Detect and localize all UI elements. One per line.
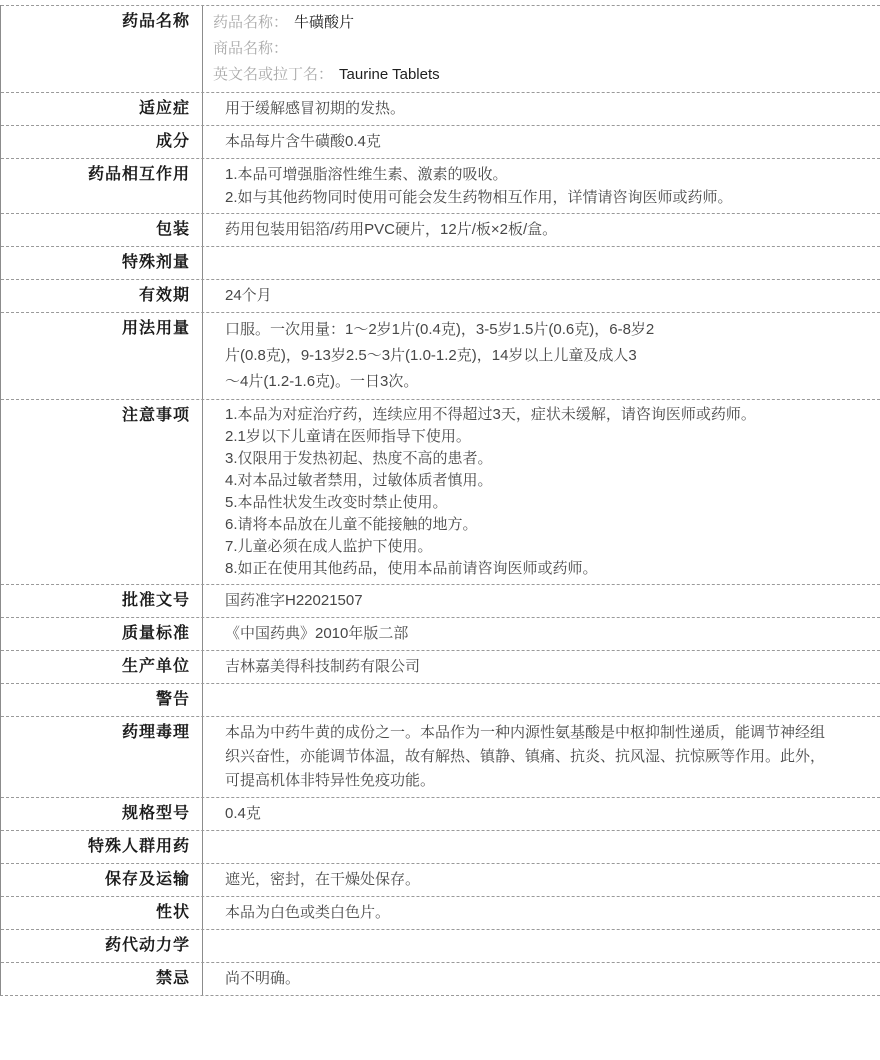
field-key: 药品名称： (213, 14, 288, 31)
row-content (203, 930, 880, 962)
row-content: 1.本品为对症治疗药，连续应用不得超过3天，症状未缓解，请咨询医师或药师。2.1… (203, 400, 880, 584)
content-line: 7.儿童必须在成人监护下使用。 (225, 536, 870, 558)
row-content: 吉林嘉美得科技制药有限公司 (203, 651, 880, 683)
row-content (203, 684, 880, 716)
content-line: 本品为中药牛黄的成份之一。本品作为一种内源性氨基酸是中枢抑制性递质，能调节神经组 (225, 721, 870, 745)
content-line: 药用包装用铝箔/药用PVC硬片，12片/板×2板/盒。 (225, 218, 870, 241)
row-content: 本品为白色或类白色片。 (203, 897, 880, 929)
content-line: 5.本品性状发生改变时禁止使用。 (225, 492, 870, 514)
content-line: 吉林嘉美得科技制药有限公司 (225, 655, 870, 678)
row-label: 特殊剂量 (1, 247, 203, 279)
content-line: 1.本品可增强脂溶性维生素、激素的吸收。 (225, 163, 870, 186)
row-label: 警告 (1, 684, 203, 716)
content-line: 24个月 (225, 284, 870, 307)
row-label: 适应症 (1, 93, 203, 125)
row-content: 24个月 (203, 280, 880, 312)
table-row-10: 批准文号 国药准字H22021507 (1, 584, 880, 617)
field-line: 商品名称： (213, 36, 870, 62)
table-row-12: 生产单位 吉林嘉美得科技制药有限公司 (1, 650, 880, 683)
content-line: 4.对本品过敏者禁用，过敏体质者慎用。 (225, 470, 870, 492)
table-row-16: 特殊人群用药 (1, 830, 880, 863)
table-row-13: 警告 (1, 683, 880, 716)
field-line: 英文名或拉丁名：Taurine Tablets (213, 62, 870, 88)
row-content: 0.4克 (203, 798, 880, 830)
field-line: 药品名称：牛磺酸片 (213, 10, 870, 36)
row-label: 规格型号 (1, 798, 203, 830)
content-line: ～4片(1.2-1.6克)。一日3次。 (225, 369, 870, 395)
content-line: 尚不明确。 (225, 967, 870, 990)
table-row-7: 有效期 24个月 (1, 279, 880, 312)
row-label: 用法用量 (1, 313, 203, 399)
content-line: 0.4克 (225, 802, 870, 825)
row-content: 遮光，密封，在干燥处保存。 (203, 864, 880, 896)
row-label: 批准文号 (1, 585, 203, 617)
table-row-11: 质量标准 《中国药典》2010年版二部 (1, 617, 880, 650)
row-label: 药品名称 (1, 6, 203, 92)
row-content: 尚不明确。 (203, 963, 880, 995)
drug-info-table: 药品名称 药品名称：牛磺酸片商品名称：英文名或拉丁名：Taurine Table… (0, 5, 880, 996)
row-label: 药品相互作用 (1, 159, 203, 213)
field-value: 牛磺酸片 (294, 14, 354, 31)
row-content (203, 831, 880, 863)
table-row-20: 禁忌 尚不明确。 (1, 962, 880, 995)
content-line: 口服。一次用量：1～2岁1片(0.4克)，3-5岁1.5片(0.6克)，6-8岁… (225, 317, 870, 343)
row-label: 禁忌 (1, 963, 203, 995)
row-label: 质量标准 (1, 618, 203, 650)
content-line: 8.如正在使用其他药品，使用本品前请咨询医师或药师。 (225, 558, 870, 580)
row-content (203, 247, 880, 279)
table-row-8: 用法用量 口服。一次用量：1～2岁1片(0.4克)，3-5岁1.5片(0.6克)… (1, 312, 880, 399)
table-row-15: 规格型号 0.4克 (1, 797, 880, 830)
row-label: 性状 (1, 897, 203, 929)
row-content: 本品为中药牛黄的成份之一。本品作为一种内源性氨基酸是中枢抑制性递质，能调节神经组… (203, 717, 880, 797)
table-row-3: 成分 本品每片含牛磺酸0.4克 (1, 125, 880, 158)
row-label: 成分 (1, 126, 203, 158)
content-line: 1.本品为对症治疗药，连续应用不得超过3天，症状未缓解，请咨询医师或药师。 (225, 404, 870, 426)
table-row-6: 特殊剂量 (1, 246, 880, 279)
row-content: 药品名称：牛磺酸片商品名称：英文名或拉丁名：Taurine Tablets (203, 6, 880, 92)
empty-content-line (225, 688, 870, 711)
content-line: 3.仅限用于发热初起、热度不高的患者。 (225, 448, 870, 470)
field-key: 商品名称： (213, 40, 288, 57)
table-row-9: 注意事项 1.本品为对症治疗药，连续应用不得超过3天，症状未缓解，请咨询医师或药… (1, 399, 880, 584)
table-row-5: 包装 药用包装用铝箔/药用PVC硬片，12片/板×2板/盒。 (1, 213, 880, 246)
field-key: 英文名或拉丁名： (213, 66, 333, 83)
row-content: 口服。一次用量：1～2岁1片(0.4克)，3-5岁1.5片(0.6克)，6-8岁… (203, 313, 880, 399)
table-row-4: 药品相互作用 1.本品可增强脂溶性维生素、激素的吸收。2.如与其他药物同时使用可… (1, 158, 880, 213)
row-label: 药代动力学 (1, 930, 203, 962)
row-label: 注意事项 (1, 400, 203, 584)
content-line: 2.如与其他药物同时使用可能会发生药物相互作用，详情请咨询医师或药师。 (225, 186, 870, 209)
table-row-2: 适应症 用于缓解感冒初期的发热。 (1, 92, 880, 125)
row-label: 生产单位 (1, 651, 203, 683)
content-line: 可提高机体非特异性免疫功能。 (225, 769, 870, 793)
empty-content-line (225, 251, 870, 274)
table-row-19: 药代动力学 (1, 929, 880, 962)
row-label: 特殊人群用药 (1, 831, 203, 863)
content-line: 片(0.8克)，9-13岁2.5～3片(1.0-1.2克)，14岁以上儿童及成人… (225, 343, 870, 369)
row-label: 药理毒理 (1, 717, 203, 797)
row-label: 保存及运输 (1, 864, 203, 896)
content-line: 国药准字H22021507 (225, 589, 870, 612)
empty-content-line (225, 934, 870, 957)
content-line: 本品为白色或类白色片。 (225, 901, 870, 924)
content-line: 遮光，密封，在干燥处保存。 (225, 868, 870, 891)
content-line: 织兴奋性，亦能调节体温，故有解热、镇静、镇痛、抗炎、抗风湿、抗惊厥等作用。此外， (225, 745, 870, 769)
row-content: 1.本品可增强脂溶性维生素、激素的吸收。2.如与其他药物同时使用可能会发生药物相… (203, 159, 880, 213)
table-row-14: 药理毒理 本品为中药牛黄的成份之一。本品作为一种内源性氨基酸是中枢抑制性递质，能… (1, 716, 880, 797)
table-row-18: 性状 本品为白色或类白色片。 (1, 896, 880, 929)
field-value: Taurine Tablets (339, 66, 440, 83)
table-row-17: 保存及运输 遮光，密封，在干燥处保存。 (1, 863, 880, 896)
empty-content-line (225, 835, 870, 858)
row-content: 药用包装用铝箔/药用PVC硬片，12片/板×2板/盒。 (203, 214, 880, 246)
row-label: 有效期 (1, 280, 203, 312)
table-row-1: 药品名称 药品名称：牛磺酸片商品名称：英文名或拉丁名：Taurine Table… (1, 5, 880, 92)
content-line: 2.1岁以下儿童请在医师指导下使用。 (225, 426, 870, 448)
row-content: 用于缓解感冒初期的发热。 (203, 93, 880, 125)
row-label: 包装 (1, 214, 203, 246)
content-line: 本品每片含牛磺酸0.4克 (225, 130, 870, 153)
content-line: 6.请将本品放在儿童不能接触的地方。 (225, 514, 870, 536)
row-content: 《中国药典》2010年版二部 (203, 618, 880, 650)
row-content: 本品每片含牛磺酸0.4克 (203, 126, 880, 158)
row-content: 国药准字H22021507 (203, 585, 880, 617)
content-line: 《中国药典》2010年版二部 (225, 622, 870, 645)
content-line: 用于缓解感冒初期的发热。 (225, 97, 870, 120)
